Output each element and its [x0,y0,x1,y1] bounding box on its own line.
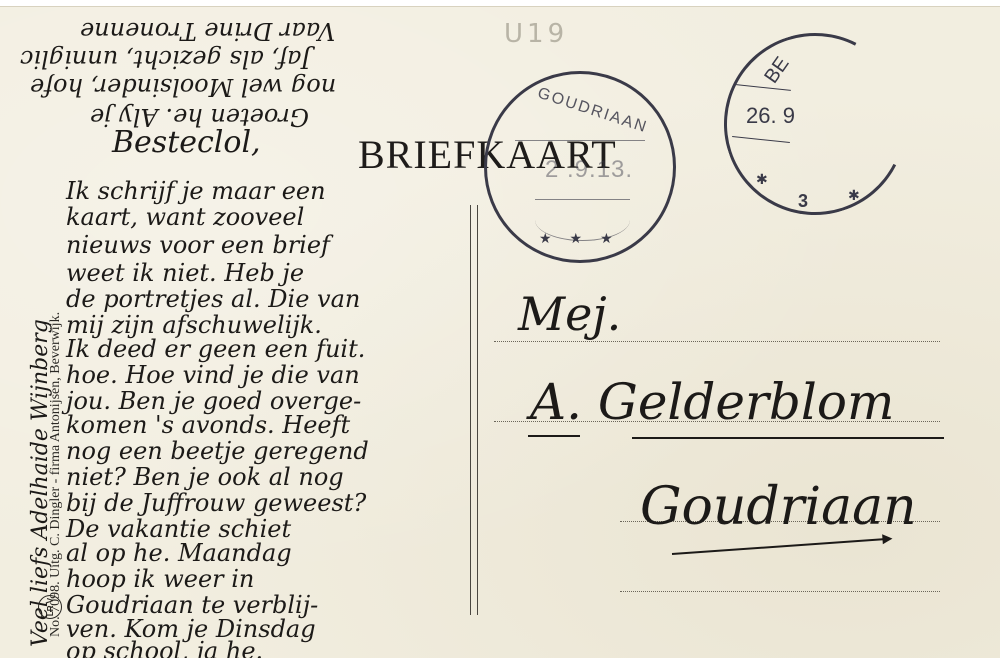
message-line: nog een beetje geregend [66,437,369,465]
message-line: hoop ik weer in [66,565,254,593]
message-line: nieuws voor een brief [66,231,330,259]
publisher-logo: LR V [38,595,62,619]
message-line: de portretjes al. Die van [66,285,360,313]
publisher-imprint: No. 7098. Uitg. C. Dingler - firma Anton… [48,312,64,637]
postmark-goudriaan: GOUDRIAAN 2 .9.13. ★★★ [484,71,676,263]
star-icon: ✱ [756,171,768,188]
message-line: hoe. Hoe vind je die van [66,361,360,389]
postmark-number: 3 [798,191,808,212]
postmark-arrival [700,9,929,238]
address-town: Goudriaan [640,477,917,537]
star-icon: ✱ [848,187,860,204]
upside-down-line: Jaf, als gezicht, unniglic [20,45,311,73]
postmark-date: 26. 9 [746,103,795,129]
message-line: komen 's avonds. Heeft [66,411,350,439]
star-icon: ★★★ [539,230,631,247]
upside-down-line: Vaar Drine Tronenne [80,17,335,45]
address-line [620,591,940,592]
divider-line [470,205,478,615]
postmark-date: 2 .9.13. [545,156,633,184]
postmark-town: GOUDRIAAN [535,85,650,138]
name-underline [632,437,944,439]
message-line: Ik deed er geen een fuit. [66,335,365,363]
message-line: bij de Juffrouw geweest? [66,489,366,517]
address-line [494,341,940,342]
message-line: weet ik niet. Heb je [66,259,304,287]
postmark-band [515,140,645,141]
upside-down-line: nog wel Moolsinder, hofe [30,73,336,101]
address-name: A. Gelderblom [530,373,894,431]
message-line: al op he. Maandag [66,539,292,567]
message-line: Ik schrijf je maar een [66,177,326,205]
address-salutation: Mej. [518,287,621,341]
arrow-flourish [672,538,887,555]
name-underline [528,435,580,437]
postcard: U19 Vaar Drine Tronenne Jaf, als gezicht… [0,6,1000,658]
greeting: Besteclol, [112,125,261,160]
message-line: op school, ja he. [66,637,263,658]
message-line: niet? Ben je ook al nog [66,463,344,491]
message-line: kaart, want zooveel [66,203,304,231]
pencil-note: U19 [504,19,568,49]
